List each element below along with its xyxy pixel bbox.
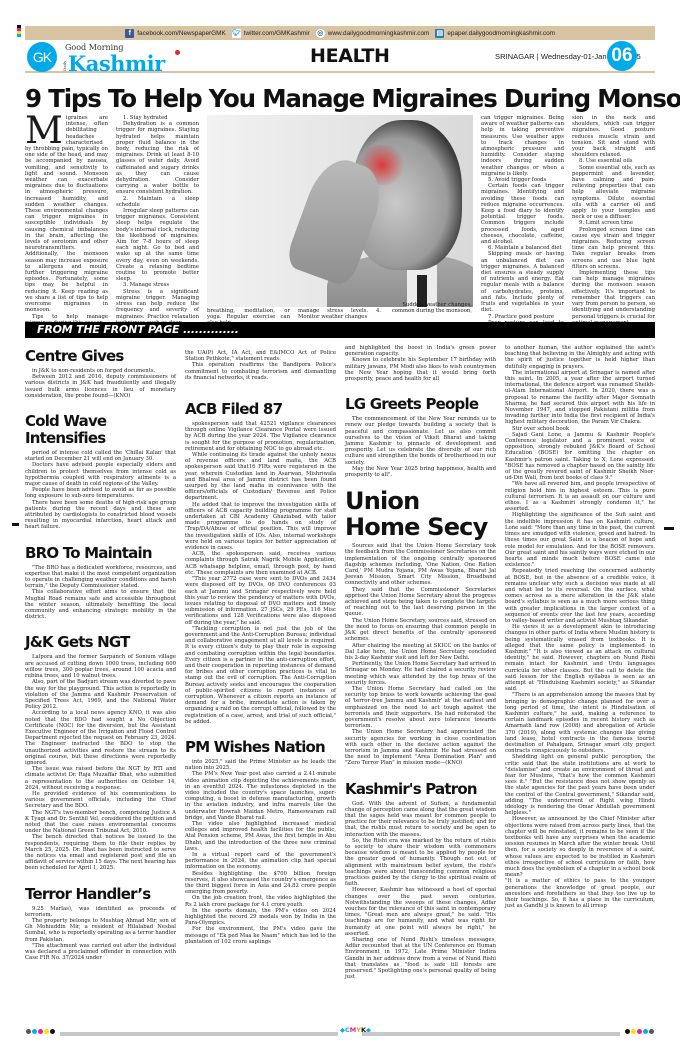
register-mark-right [664, 527, 674, 530]
story-title-cold-wave[interactable]: Cold Wave Intensifies [25, 413, 176, 447]
facebook-link[interactable]: f facebook.com/NewspaperGMK [125, 29, 225, 38]
story-title-centre-gives[interactable]: Centre Gives [25, 348, 176, 365]
logo-dot [175, 50, 180, 55]
footer-gray-bar-left [60, 1032, 338, 1036]
feature-column-1: Migraines are intense, often debilitatin… [25, 115, 108, 326]
logo-mark: GK [27, 42, 57, 72]
page-headline: 9 Tips To Help You Manage Migraines Duri… [25, 84, 680, 113]
logo-name: Kashmir [68, 51, 165, 76]
registration-mark [17, 25, 21, 37]
website-link[interactable]: ◎ www.dailygoodmorningkashmir.com [316, 29, 430, 38]
drop-cap: M [25, 116, 63, 145]
feature-under-photo-2: manage stress levels. 4. Monitor weather… [298, 308, 381, 320]
story-title-acb[interactable]: ACB Filed 87 [185, 401, 336, 418]
register-mark-left [7, 523, 19, 526]
story-title-lg-greets[interactable]: LG Greets People [345, 396, 496, 413]
front-page-column-2: the UA(P) Act, IA Act, and E&IMCO Act of… [185, 350, 336, 945]
epaper-icon: ▤ [435, 29, 444, 38]
twitter-link[interactable]: 🐦︎ twitter.com/GMKashmir [232, 29, 310, 38]
feature-photo-man-with-headache [207, 115, 473, 307]
front-page-column-1: Centre Gives in J&K to non-residents on … [25, 348, 176, 961]
story-title-bro[interactable]: BRO To Maintain [25, 545, 176, 562]
facebook-icon: f [125, 29, 134, 38]
color-dots-right [625, 1029, 654, 1034]
front-page-column-3: and highlighted the boost in India's gre… [345, 345, 496, 980]
story-title-ngt[interactable]: J&K Gets NGT [25, 634, 176, 651]
section-title: HEALTH [310, 45, 390, 67]
logo-daily: Daily [62, 61, 67, 71]
front-page-column-4: to another human, the author explained t… [505, 345, 655, 909]
page-number: 06 [607, 41, 637, 71]
feature-under-photo-3: Sudden weather changes, common during th… [389, 302, 472, 314]
masthead: GK Good Morning Daily Kashmir HEALTH SRI… [25, 40, 655, 73]
feature-column-5: can trigger migraines. Being aware of we… [481, 115, 564, 332]
feature-column-6: sion in the neck and shoulders, which ca… [572, 115, 655, 326]
epaper-link[interactable]: ▤ epaper.dailygoodmorningkashmir.com [435, 29, 555, 38]
feature-column-2: 1. Stay hydrated Dehydration is a common… [116, 115, 199, 326]
globe-icon: ◎ [316, 29, 325, 38]
from-the-front-page-banner: FROM THE FRONT PAGE .............. [25, 322, 655, 338]
story-title-kashmirs-patron[interactable]: Kashmir's Patron [345, 781, 496, 798]
story-title-union-home-secy[interactable]: Union Home Secy [345, 488, 496, 540]
twitter-icon: 🐦︎ [232, 29, 241, 38]
story-title-terror-handler[interactable]: Terror Handler’s [25, 886, 176, 903]
social-links-bar: f facebook.com/NewspaperGMK 🐦︎ twitter.c… [25, 26, 655, 40]
color-dots-left [26, 1029, 55, 1034]
footer-gray-bar-right [362, 1032, 620, 1036]
story-title-pm-wishes[interactable]: PM Wishes Nation [185, 739, 336, 756]
